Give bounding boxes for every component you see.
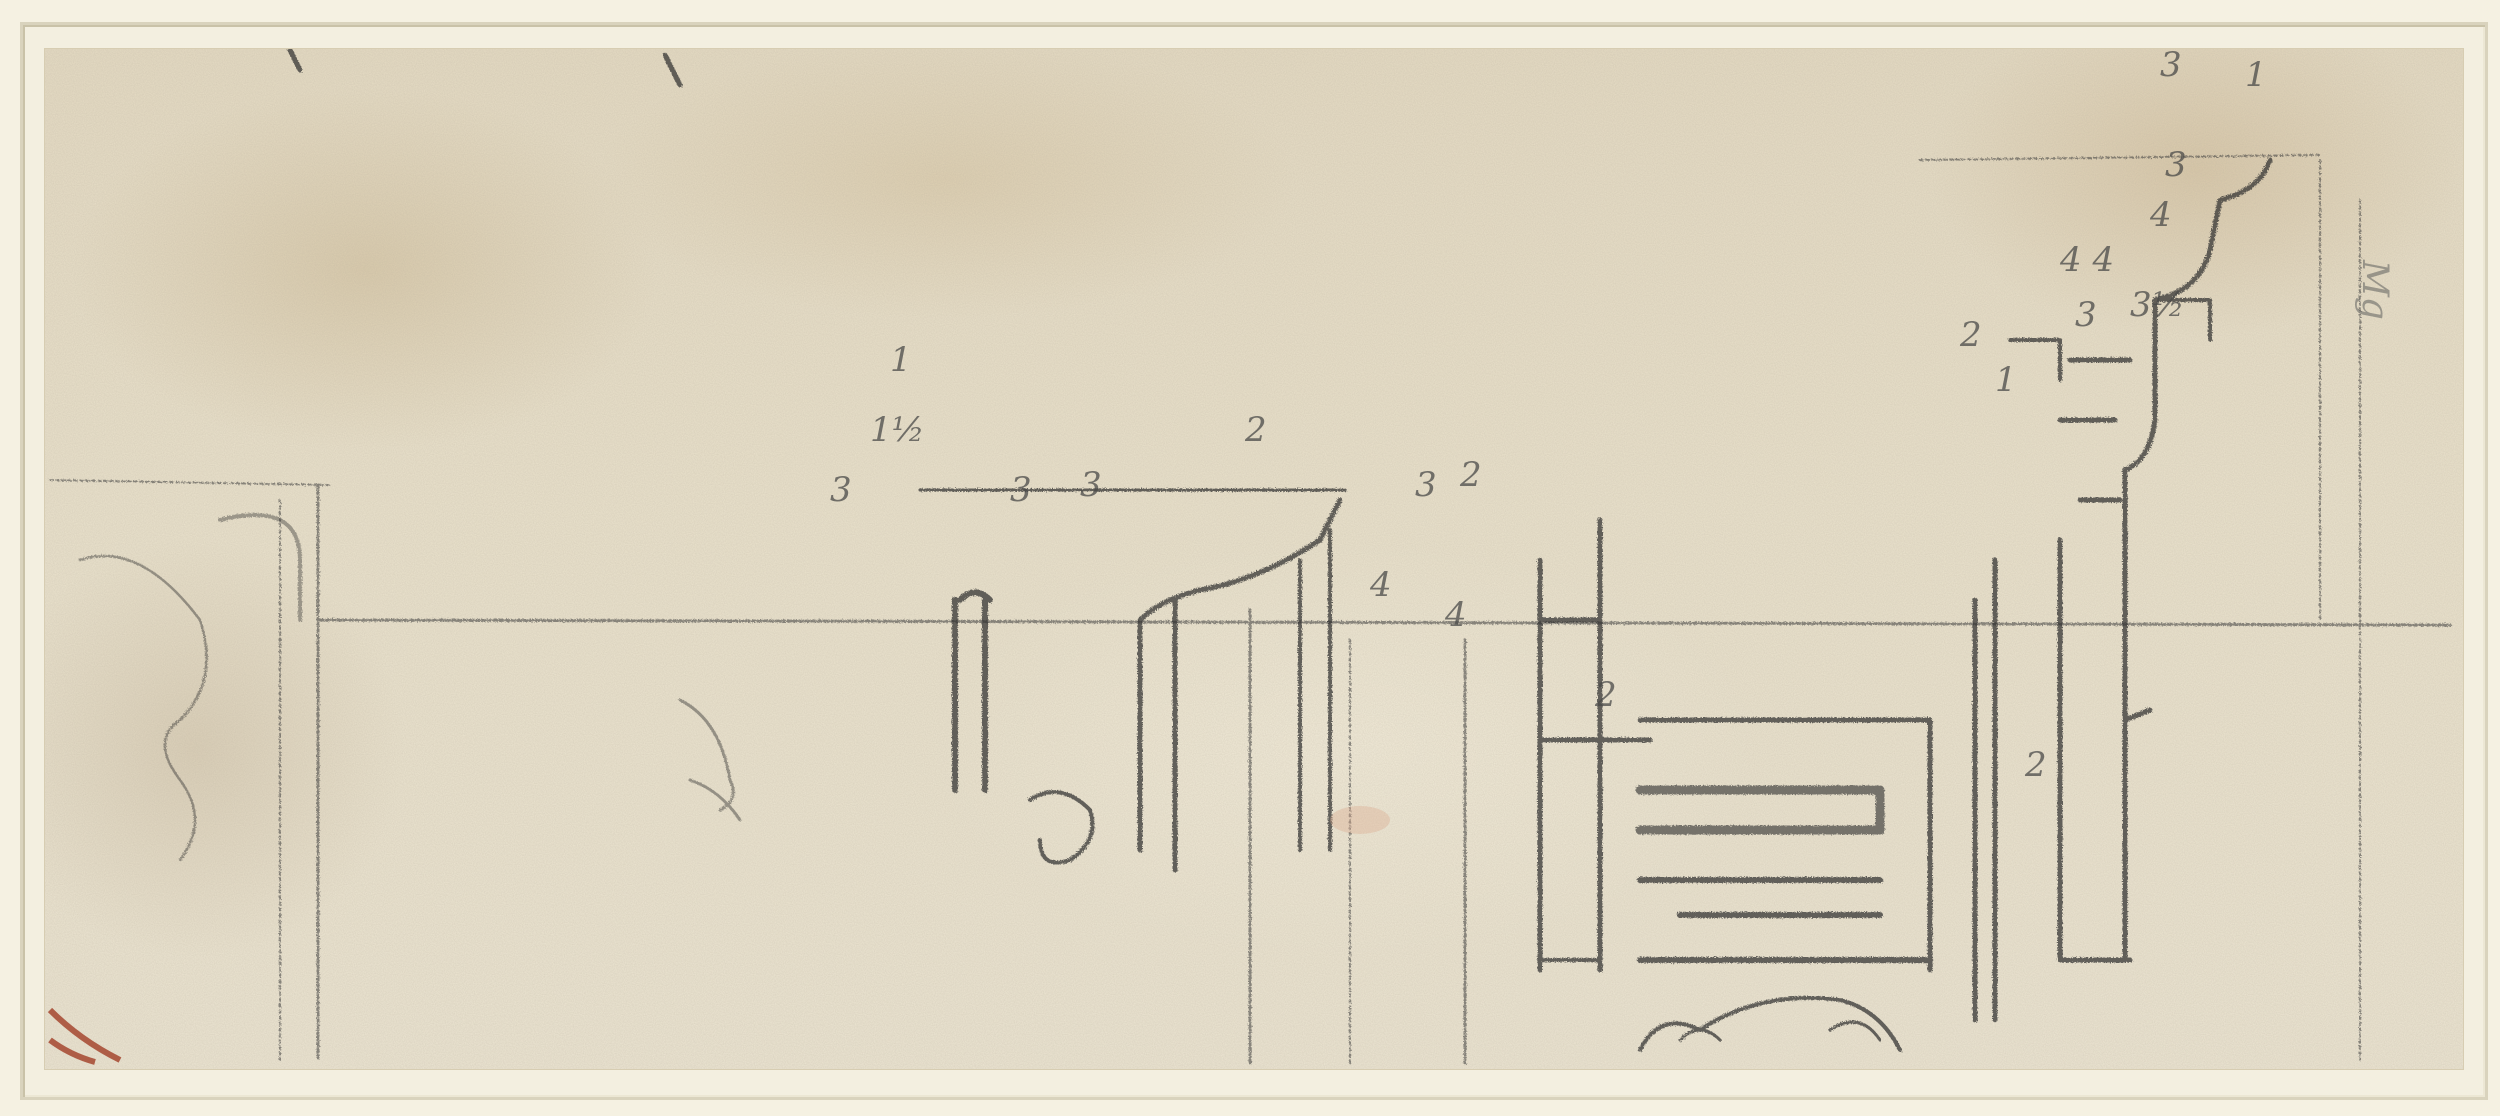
- drawing-sheet: [45, 49, 2463, 1069]
- numeral-annotation: 2: [2025, 745, 2047, 785]
- numeral-annotation: 4: [2150, 195, 2172, 235]
- numeral-annotation: 3: [2160, 45, 2182, 85]
- numeral-annotation: 4 4: [2060, 240, 2114, 280]
- numeral-annotation: 1½: [870, 410, 925, 450]
- numeral-annotation: 2: [1245, 410, 1267, 450]
- numeral-annotation: 1: [890, 340, 912, 380]
- numeral-annotation: 3: [1415, 465, 1437, 505]
- numeral-annotation: 3: [2165, 145, 2187, 185]
- handwritten-caption: Mg: [2354, 260, 2395, 320]
- numeral-annotation: 3: [2075, 295, 2097, 335]
- sketch-strokes: [45, 49, 2463, 1069]
- numeral-annotation: 2: [1460, 455, 1482, 495]
- numeral-annotation: 3½: [2130, 285, 2185, 325]
- mat-board: [0, 0, 2500, 1116]
- numeral-annotation: 1: [1995, 360, 2017, 400]
- numeral-annotation: 1: [2245, 55, 2267, 95]
- paper-grain: [45, 49, 2463, 1069]
- numeral-annotation: 4: [1370, 565, 1392, 605]
- numeral-annotation: 3: [830, 470, 852, 510]
- numeral-annotation: 4: [1445, 595, 1467, 635]
- numeral-annotation: 3: [1010, 470, 1032, 510]
- numeral-annotation: 2: [1595, 675, 1617, 715]
- numeral-annotation: 2: [1960, 315, 1982, 355]
- numeral-annotation: 3: [1080, 465, 1102, 505]
- foxing-stain: [1330, 806, 1390, 834]
